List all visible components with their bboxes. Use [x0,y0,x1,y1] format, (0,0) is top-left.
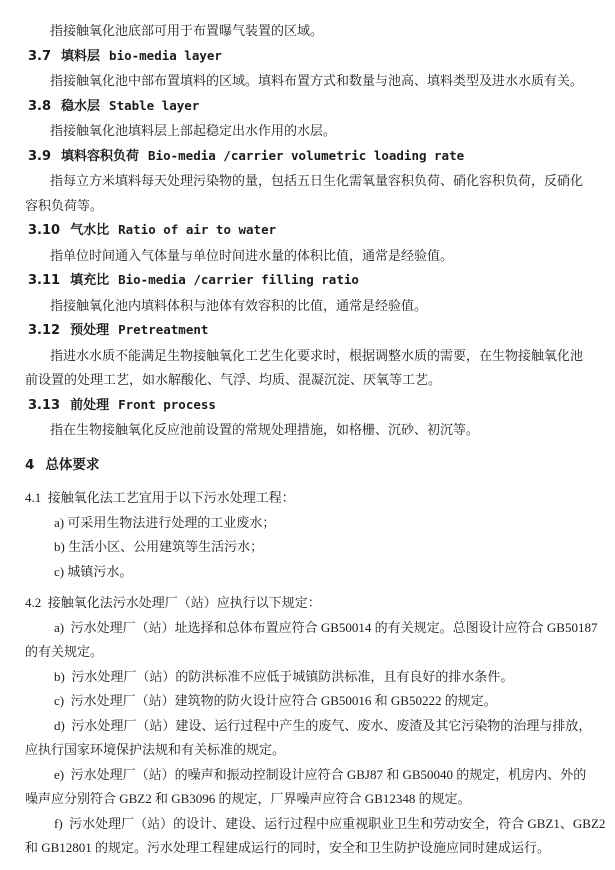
term-name-zh: 前处理 [70,398,109,413]
chapter-title: 总体要求 [45,457,99,473]
term-heading-3-13: 3.13前处理Front process [25,393,591,419]
clause-4-2-item-d-continued: 应执行国家环境保护法规和有关标准的规定。 [25,738,591,763]
clause-4-2-item-f-continued: 和 GB12801 的规定。污水处理工程建成运行的同时，安全和卫生防护设施应同时… [25,836,591,861]
term-name-en: Bio-media /carrier filling ratio [118,272,359,287]
term-name-zh: 填料层 [61,49,100,64]
term-number: 3.12 [28,323,60,338]
term-heading-3-7: 3.7填料层bio-media layer [25,44,591,70]
clause-4-2-item-e-continued: 噪声应分别符合 GBZ2 和 GB3096 的规定，厂界噪声应符合 GB1234… [25,787,591,812]
term-heading-3-9: 3.9填料容积负荷Bio-media /carrier volumetric l… [25,144,591,170]
chapter-4-heading: 4总体要求 [25,453,591,478]
term-number: 3.13 [28,398,60,413]
clause-4-2-item-b: b) 污水处理厂（站）的防洪标准不应低于城镇防洪标准，且有良好的排水条件。 [25,665,591,690]
term-number: 3.10 [28,223,60,238]
clause-4-2-item-a-continued: 的有关规定。 [25,640,591,665]
document-page: 指接触氧化池底部可用于布置曝气装置的区域。 3.7填料层bio-media la… [0,0,615,870]
term-heading-3-12: 3.12预处理Pretreatment [25,318,591,344]
term-name-zh: 填充比 [70,273,109,288]
term-definition: 指接触氧化池内填料体积与池体有效容积的比值，通常是经验值。 [25,294,591,319]
term-name-en: Bio-media /carrier volumetric loading ra… [148,148,464,163]
term-number: 3.8 [28,99,51,114]
term-definition: 指每立方米填料每天处理污染物的量，包括五日生化需氧量容积负荷、硝化容积负荷，反硝… [25,169,591,194]
term-definition: 指单位时间通入气体量与单位时间进水量的体积比值，通常是经验值。 [25,244,591,269]
term-definition: 指进水水质不能满足生物接触氧化工艺生化要求时，根据调整水质的需要，在生物接触氧化… [25,344,591,369]
term-name-en: Ratio of air to water [118,222,276,237]
term-definition: 指接触氧化池中部布置填料的区域。填料布置方式和数量与池高、填料类型及进水水质有关… [25,69,591,94]
clause-4-2-lead: 4.2 接触氧化法污水处理厂（站）应执行以下规定： [25,591,591,616]
clause-4-2-item-d: d) 污水处理厂（站）建设、运行过程中产生的废气、废水、废渣及其它污染物的治理与… [25,714,591,739]
term-definition-continued: 容积负荷等。 [25,194,591,219]
term-definition: 指在生物接触氧化反应池前设置的常规处理措施，如格栅、沉砂、初沉等。 [25,418,591,443]
clause-4-2-item-c: c) 污水处理厂（站）建筑物的防火设计应符合 GB50016 和 GB50222… [25,689,591,714]
term-name-zh: 气水比 [70,223,109,238]
clause-4-2-item-f: f) 污水处理厂（站）的设计、建设、运行过程中应重视职业卫生和劳动安全，符合 G… [25,812,591,837]
clause-4-1-item-b: b) 生活小区、公用建筑等生活污水； [25,535,591,560]
chapter-number: 4 [25,457,34,473]
clause-4-2-item-e: e) 污水处理厂（站）的噪声和振动控制设计应符合 GBJ87 和 GB50040… [25,763,591,788]
term-definition-continued: 前设置的处理工艺，如水解酸化、气浮、均质、混凝沉淀、厌氧等工艺。 [25,368,591,393]
term-name-en: Pretreatment [118,322,208,337]
term-number: 3.7 [28,49,51,64]
term-heading-3-11: 3.11填充比Bio-media /carrier filling ratio [25,268,591,294]
term-name-zh: 稳水层 [61,99,100,114]
term-number: 3.11 [28,273,60,288]
term-name-en: Stable layer [109,98,199,113]
clause-4-2-item-a: a) 污水处理厂（站）址选择和总体布置应符合 GB50014 的有关规定。总图设… [25,616,591,641]
term-number: 3.9 [28,149,51,164]
clause-4-1-item-c: c) 城镇污水。 [25,560,591,585]
term-name-en: bio-media layer [109,48,222,63]
term-name-en: Front process [118,397,216,412]
term-heading-3-8: 3.8稳水层Stable layer [25,94,591,120]
clause-4-1-lead: 4.1 接触氧化法工艺宜用于以下污水处理工程： [25,486,591,511]
term-definition: 指接触氧化池填料层上部起稳定出水作用的水层。 [25,119,591,144]
term-heading-3-10: 3.10气水比Ratio of air to water [25,218,591,244]
clause-4-1-item-a: a) 可采用生物法进行处理的工业废水； [25,511,591,536]
term-name-zh: 填料容积负荷 [61,149,139,164]
term-name-zh: 预处理 [70,323,109,338]
definition-tail-3-6: 指接触氧化池底部可用于布置曝气装置的区域。 [25,19,591,44]
